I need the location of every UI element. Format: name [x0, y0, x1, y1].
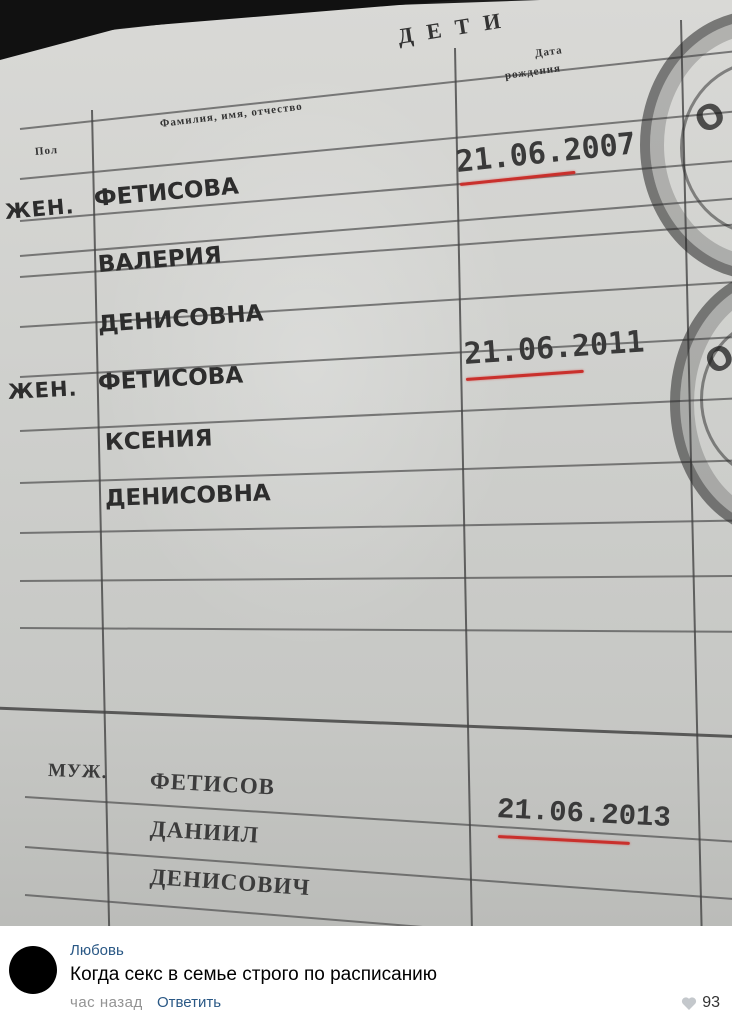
passport-photo: ДЕТИ Дата рождения Фамилия, имя, отчеств… — [0, 0, 732, 926]
child-first-name: ДАНИИЛ — [149, 816, 260, 849]
column-header-date-line1: Дата — [534, 44, 563, 60]
red-underline — [498, 835, 630, 845]
comment: Любовь Когда секс в семье строго по расп… — [0, 926, 732, 1024]
table-line — [20, 575, 732, 582]
child-patronymic: ДЕНИСОВНА — [97, 300, 264, 337]
table-line — [20, 45, 732, 130]
child-sex: МУЖ. — [48, 760, 108, 784]
comment-text: Когда секс в семье строго по расписанию — [70, 964, 437, 986]
child-surname: ФЕТИСОВА — [97, 362, 243, 396]
table-line — [0, 706, 732, 740]
column-header-date-line2: рождения — [504, 62, 562, 82]
child-patronymic: ДЕНИСОВИЧ — [149, 864, 311, 901]
child-sex: ЖЕН. — [4, 194, 75, 224]
heart-icon — [681, 996, 697, 1011]
passport-page: ДЕТИ Дата рождения Фамилия, имя, отчеств… — [0, 0, 732, 926]
child-surname: ФЕТИСОВ — [149, 768, 275, 801]
table-line — [20, 627, 732, 633]
column-header-sex: Пол — [34, 144, 58, 158]
child-surname: ФЕТИСОВА — [93, 173, 240, 212]
avatar[interactable] — [9, 946, 57, 994]
child-patronymic: ДЕНИСОВНА — [105, 480, 272, 512]
table-line — [20, 458, 732, 484]
like-count: 93 — [702, 994, 720, 1012]
comment-meta: час назад Ответить — [70, 994, 221, 1011]
table-line — [20, 395, 732, 432]
reply-button[interactable]: Ответить — [157, 994, 221, 1011]
child-birth-date: 21.06.2011 — [463, 324, 646, 372]
like-button[interactable]: 93 — [681, 994, 720, 1012]
red-underline — [466, 370, 584, 381]
table-divider — [91, 110, 110, 926]
comment-author[interactable]: Любовь — [70, 942, 124, 959]
child-sex: ЖЕН. — [7, 376, 78, 404]
table-line — [25, 894, 732, 926]
table-line — [25, 846, 732, 904]
section-title: ДЕТИ — [396, 6, 516, 50]
table-line — [20, 519, 732, 534]
child-first-name: КСЕНИЯ — [104, 425, 213, 456]
comment-time[interactable]: час назад — [70, 994, 143, 1011]
